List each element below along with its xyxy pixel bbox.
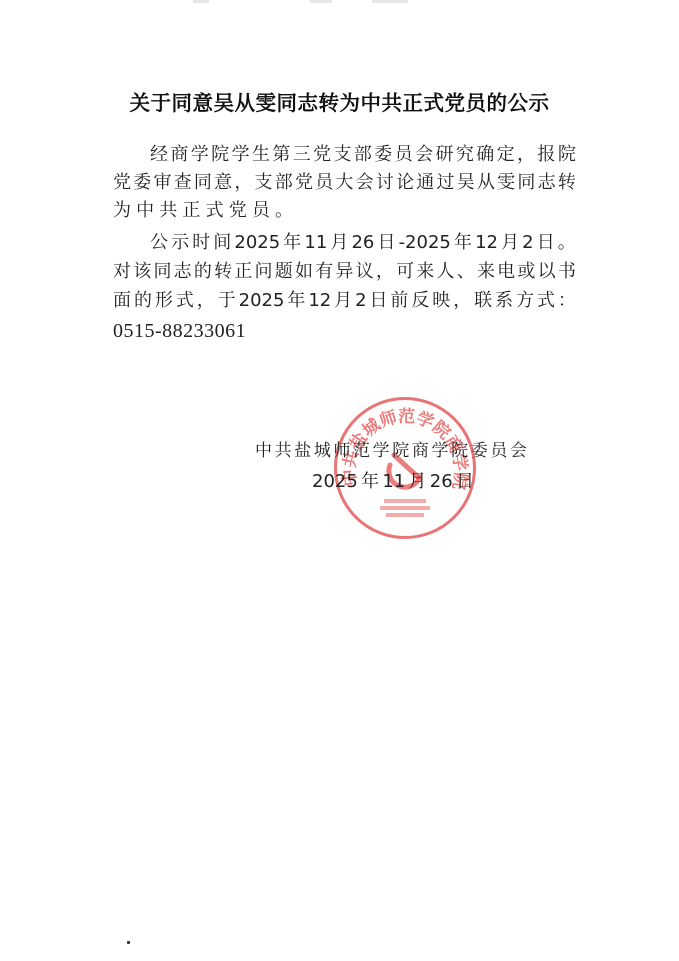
body-paragraph-2-line-1: 公示时间2025年11月26日-2025年12月2日。 xyxy=(150,230,576,256)
body-paragraph-1-line-1: 经商学院学生第三党支部委员会研究确定，报院 xyxy=(150,142,576,168)
body-paragraph-2-line-3: 面的形式，于2025年12月2日前反映，联系方式： xyxy=(113,288,576,314)
body-paragraph-1-line-2: 党委审查同意，支部党员大会讨论通过吴从雯同志转 xyxy=(113,170,576,196)
document-title: 关于同意吴从雯同志转为中共正式党员的公示 xyxy=(0,86,679,116)
scan-artifact-dot xyxy=(127,941,130,944)
contact-phone: 0515-88233061 xyxy=(113,318,576,344)
body-paragraph-1-line-3: 为中共正式党员。 xyxy=(113,198,293,224)
scan-artifact xyxy=(310,0,332,3)
signing-date: 2025年11月26日 xyxy=(312,468,474,496)
scan-artifact xyxy=(193,0,209,3)
body-paragraph-2-line-2: 对该同志的转正问题如有异议，可来人、来电或以书 xyxy=(113,259,576,285)
document-page: 关于同意吴从雯同志转为中共正式党员的公示 经商学院学生第三党支部委员会研究确定，… xyxy=(0,0,679,961)
signing-organization: 中共盐城师范学院商学院委员会 xyxy=(255,437,527,465)
scan-artifact xyxy=(372,0,408,3)
